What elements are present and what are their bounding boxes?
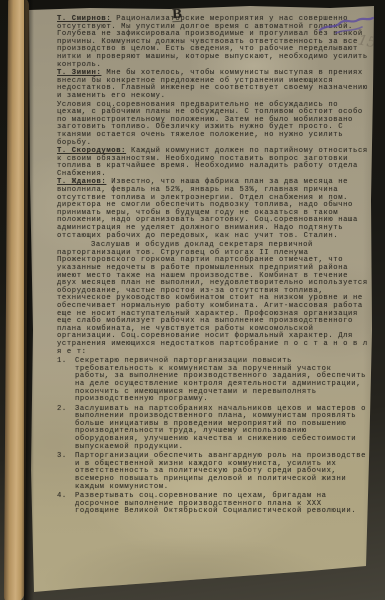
resolution-item: 3. Парторганизации обеспечить авангардну…: [57, 453, 370, 491]
speech-paragraph: Т. Жданов: Известно, что наша фабрика пл…: [57, 179, 370, 240]
item-text: Секретарю первичной парторганизации повы…: [75, 358, 370, 404]
item-text: Развертывать соц.соревнование по цехам, …: [75, 493, 370, 516]
document-page: В 15 Т. Смирнов: Рационализаторские меро…: [0, 0, 385, 600]
speech-paragraph: Условия соц.соревнования предварительно …: [57, 102, 370, 148]
speech-text: Известно, что наша фабрика план за два м…: [57, 178, 358, 239]
item-text: Парторганизации обеспечить авангардную р…: [75, 453, 370, 491]
resolution-item: 1. Секретарю первичной парторганизации п…: [57, 358, 370, 404]
item-number: 3.: [57, 453, 75, 491]
resolution-preamble: Заслушав и обсудив доклад секретаря перв…: [57, 242, 370, 356]
gutter-shadow: [24, 0, 34, 600]
item-number: 4.: [57, 493, 75, 516]
speech-paragraph: Т. Скородумов: Каждый коммунист должен п…: [57, 148, 370, 178]
item-number: 2.: [57, 406, 75, 452]
handwritten-page-mark: В: [172, 7, 183, 23]
typed-text-block: Т. Смирнов: Рационализаторские мероприят…: [57, 16, 370, 516]
item-number: 1.: [57, 358, 75, 404]
speech-text: Условия соц.соревнования предварительно …: [57, 101, 363, 147]
pencil-corner-number: 15: [357, 32, 378, 51]
item-text: Заслушивать на партсобраниях начальников…: [75, 406, 370, 452]
resolution-item: 2. Заслушивать на партсобраниях начальни…: [57, 406, 370, 452]
speech-paragraph: Т. Зимин: Мне бы хотелось, чтобы коммуни…: [57, 70, 370, 100]
speech-text: Мне бы хотелось, чтобы коммунисты выступ…: [57, 69, 368, 100]
resolution-item: 4. Развертывать соц.соревнование по цеха…: [57, 493, 370, 516]
scanned-document: В 15 Т. Смирнов: Рационализаторские меро…: [0, 0, 385, 600]
